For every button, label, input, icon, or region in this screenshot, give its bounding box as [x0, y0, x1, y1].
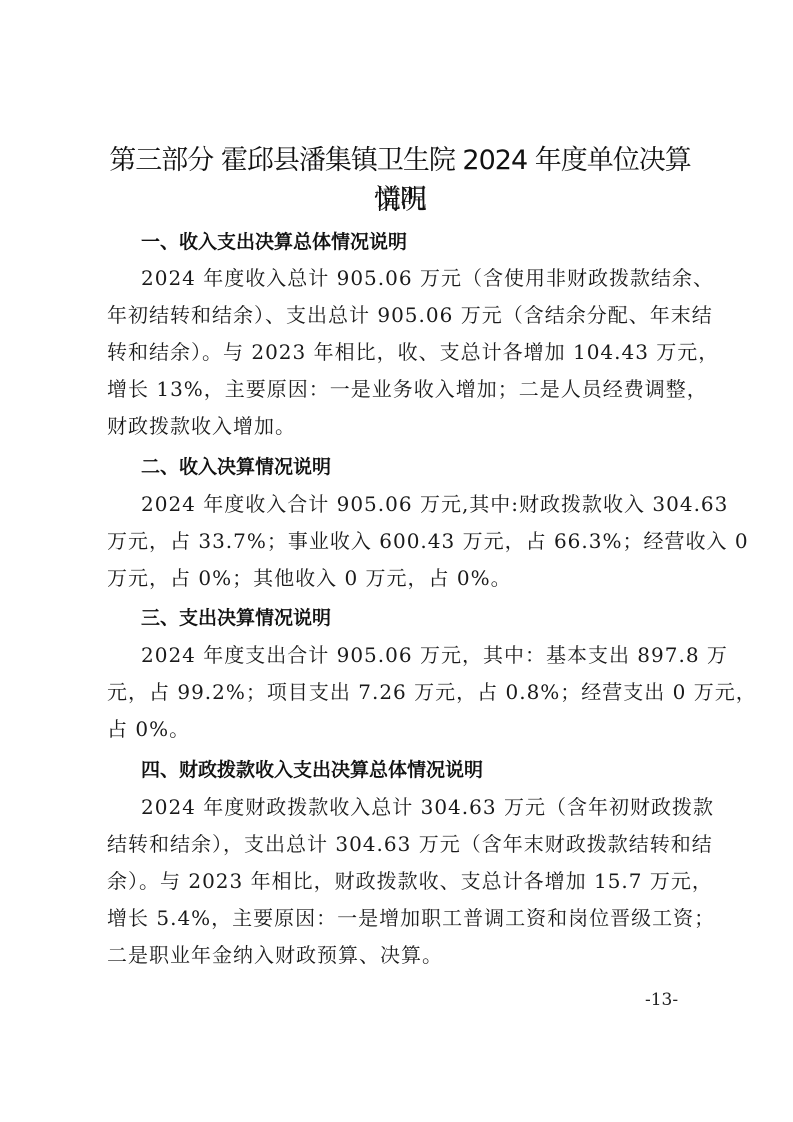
section-heading-3: 三、支出决算情况说明 [141, 604, 331, 632]
paragraph-line: 增长 5.4%，主要原因：一是增加职工普调工资和岗位晋级工资； [107, 904, 715, 932]
paragraph-line: 二是职业年金纳入财政预算、决算。 [107, 941, 443, 969]
section-heading-2: 二、收入决算情况说明 [141, 453, 331, 481]
paragraph-line: 年初结转和结余）、支出总计 905.06 万元（含结余分配、年末结 [107, 301, 713, 329]
paragraph-line: 万元，占 0%；其他收入 0 万元，占 0%。 [107, 564, 512, 592]
paragraph-line: 余）。与 2023 年相比，财政拨款收、支总计各增加 15.7 万元， [107, 867, 713, 895]
paragraph-line: 增长 13%，主要原因：一是业务收入增加；二是人员经费调整， [107, 375, 708, 403]
paragraph-line: 万元，占 33.7%；事业收入 600.43 万元，占 66.3%；经营收入 0 [107, 527, 749, 555]
page-number: -13- [645, 990, 678, 1010]
paragraph-line: 2024 年度支出合计 905.06 万元，其中：基本支出 897.8 万 [141, 641, 728, 669]
paragraph-line: 元，占 99.2%；项目支出 7.26 万元，占 0.8%；经营支出 0 万元， [107, 678, 757, 706]
paragraph-line: 占 0%。 [107, 715, 190, 743]
paragraph-line: 转和结余）。与 2023 年相比，收、支总计各增加 104.43 万元， [107, 338, 719, 366]
page-title-line-2: 说明 [100, 180, 700, 220]
section-heading-4: 四、财政拨款收入支出决算总体情况说明 [141, 756, 483, 784]
paragraph-line: 财政拨款收入增加。 [107, 412, 296, 440]
document-page: 第三部分 霍邱县潘集镇卫生院 2024 年度单位决算情况 说明 一、收入支出决算… [0, 0, 793, 1122]
paragraph-line: 结转和结余），支出总计 304.63 万元（含年末财政拨款结转和结 [107, 830, 713, 858]
section-heading-1: 一、收入支出决算总体情况说明 [141, 228, 407, 256]
paragraph-line: 2024 年度财政拨款收入总计 304.63 万元（含年初财政拨款 [141, 793, 714, 821]
paragraph-line: 2024 年度收入总计 905.06 万元（含使用非财政拨款结余、 [141, 264, 714, 292]
paragraph-line: 2024 年度收入合计 905.06 万元,其中:财政拨款收入 304.63 [141, 490, 728, 518]
